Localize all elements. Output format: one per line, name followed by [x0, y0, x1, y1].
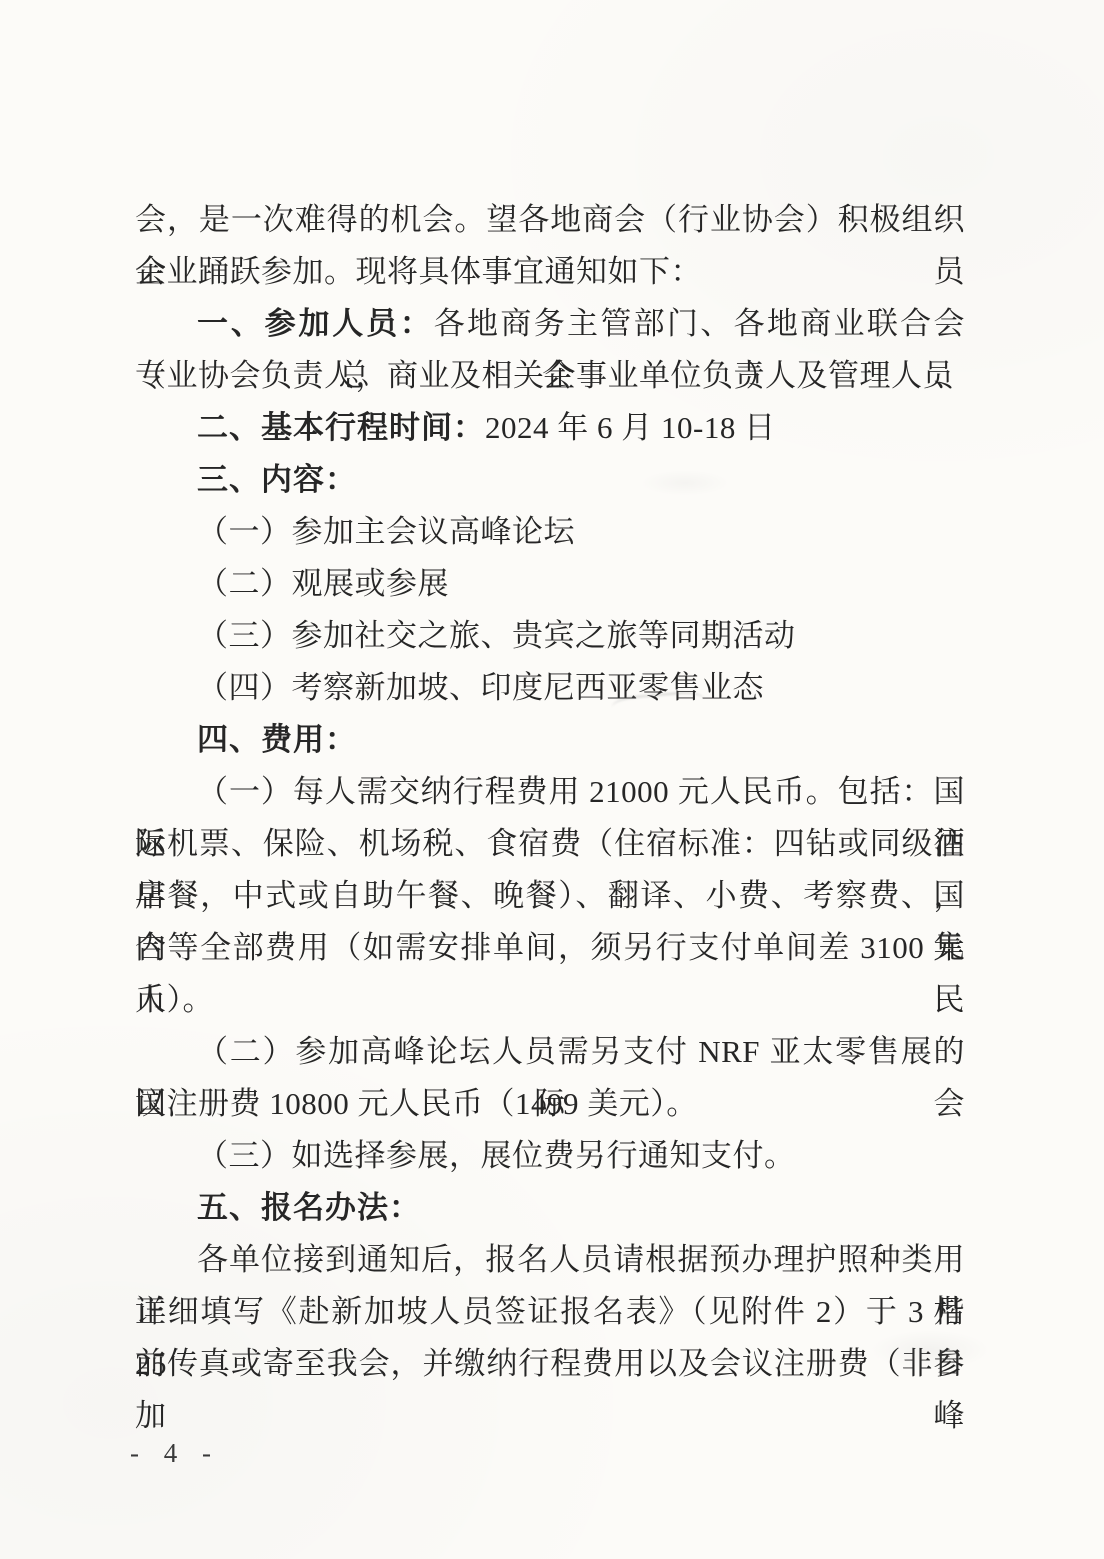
text-line: 早餐，中式或自助午餐、晚餐）、翻译、小费、考察费、国内集: [135, 870, 965, 922]
section-4-fees: 四、费用：: [135, 714, 965, 766]
section-3-content: 三、内容：: [135, 454, 965, 506]
section-5-registration: 五、报名办法：: [135, 1182, 965, 1234]
list-item: （三）参加社交之旅、贵宾之旅等同期活动: [135, 610, 965, 662]
section-1-participants: 一、参加人员：各地商务主管部门、各地商业联合会（总会）、: [135, 298, 965, 350]
section-heading: 四、费用：: [197, 722, 357, 757]
text-line: 合等全部费用（如需安排单间，须另行支付单间差 3100 元人民: [135, 922, 965, 974]
section-text: 2024 年 6 月 10-18 日: [485, 410, 776, 445]
notice-body: 会，是一次难得的机会。望各地商会（行业协会）积极组织会员 企业踊跃参加。现将具体…: [135, 194, 965, 1390]
text-line: 详细填写《赴新加坡人员签证报名表》（见附件 2）于 3 月 25 日: [135, 1286, 965, 1338]
list-item: （四）考察新加坡、印度尼西亚零售业态: [135, 662, 965, 714]
section-heading: 三、内容：: [197, 462, 357, 497]
page-number: - 4 -: [130, 1438, 220, 1469]
text-line: 前传真或寄至我会，并缴纳行程费用以及会议注册费（非参加峰: [135, 1338, 965, 1390]
scan-smudge: [870, 1330, 990, 1370]
text-line: 专业协会负责人，商业及相关企事业单位负责人及管理人员: [135, 350, 965, 402]
section-heading: 二、基本行程时间：: [197, 410, 485, 445]
section-heading: 一、参加人员：: [197, 306, 434, 341]
text-line: 会，是一次难得的机会。望各地商会（行业协会）积极组织会员: [135, 194, 965, 246]
list-item: （二）观展或参展: [135, 558, 965, 610]
text-line: （三）如选择参展，展位费另行通知支付。: [135, 1130, 965, 1182]
text-line: 各单位接到通知后，报名人员请根据预办理护照种类用正楷: [135, 1234, 965, 1286]
section-2-schedule: 二、基本行程时间：2024 年 6 月 10-18 日: [135, 402, 965, 454]
document-page: 会，是一次难得的机会。望各地商会（行业协会）积极组织会员 企业踊跃参加。现将具体…: [0, 0, 1104, 1559]
list-item: （一）参加主会议高峰论坛: [135, 506, 965, 558]
section-heading: 五、报名办法：: [197, 1190, 421, 1225]
scan-smudge: [640, 470, 730, 496]
text-line: （二）参加高峰论坛人员需另支付 NRF 亚太零售展的国际会: [135, 1026, 965, 1078]
text-line: 返机票、保险、机场税、食宿费（住宿标准：四钻或同级酒店，: [135, 818, 965, 870]
text-line: （一）每人需交纳行程费用 21000 元人民币。包括：国际往: [135, 766, 965, 818]
